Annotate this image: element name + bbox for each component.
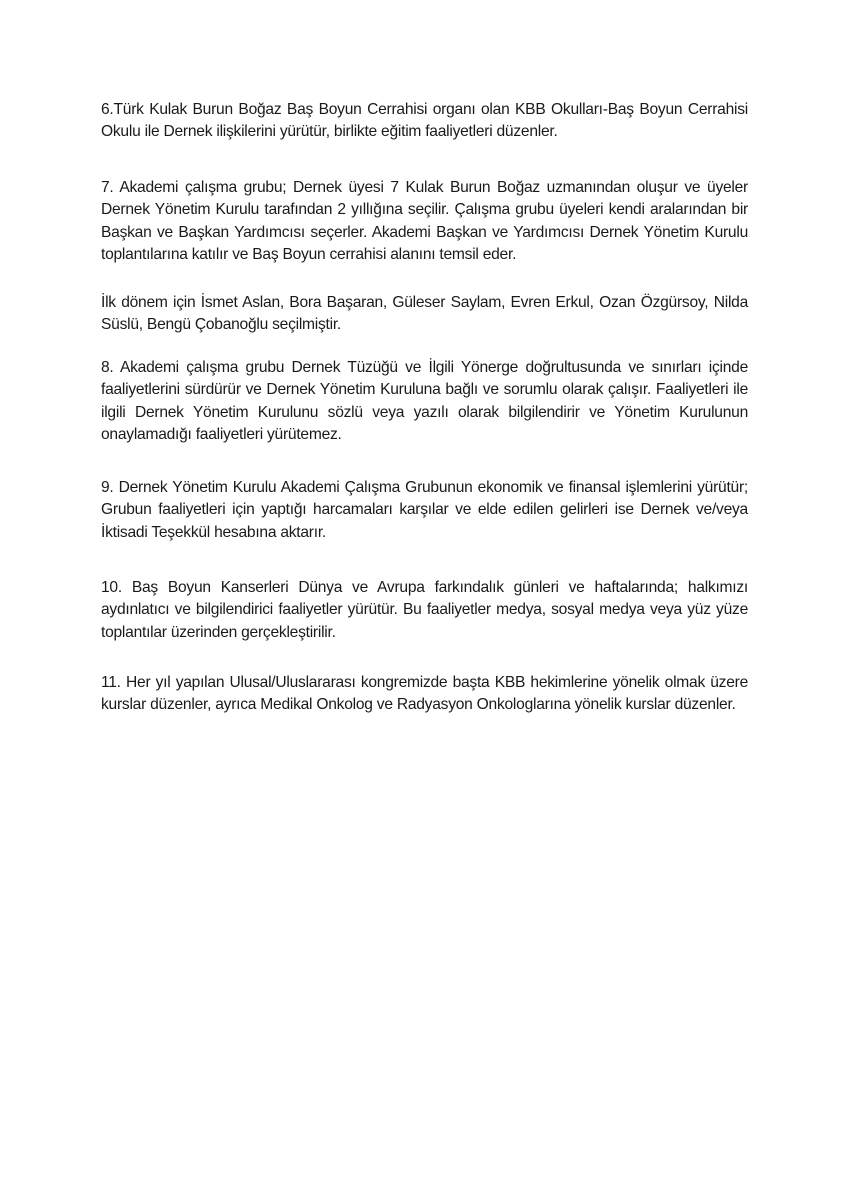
paragraph-item-10: 10. Baş Boyun Kanserleri Dünya ve Avrupa… [101,577,748,644]
document-page: 6.Türk Kulak Burun Boğaz Baş Boyun Cerra… [0,0,848,1200]
paragraph-item-11: 11. Her yıl yapılan Ulusal/Uluslararası … [101,672,748,717]
paragraph-item-7: 7. Akademi çalışma grubu; Dernek üyesi 7… [101,177,748,266]
paragraph-item-7-members: İlk dönem için İsmet Aslan, Bora Başaran… [101,292,748,337]
paragraph-item-9: 9. Dernek Yönetim Kurulu Akademi Çalışma… [101,477,748,544]
paragraph-item-6: 6.Türk Kulak Burun Boğaz Baş Boyun Cerra… [101,99,748,144]
paragraph-item-8: 8. Akademi çalışma grubu Dernek Tüzüğü v… [101,357,748,446]
